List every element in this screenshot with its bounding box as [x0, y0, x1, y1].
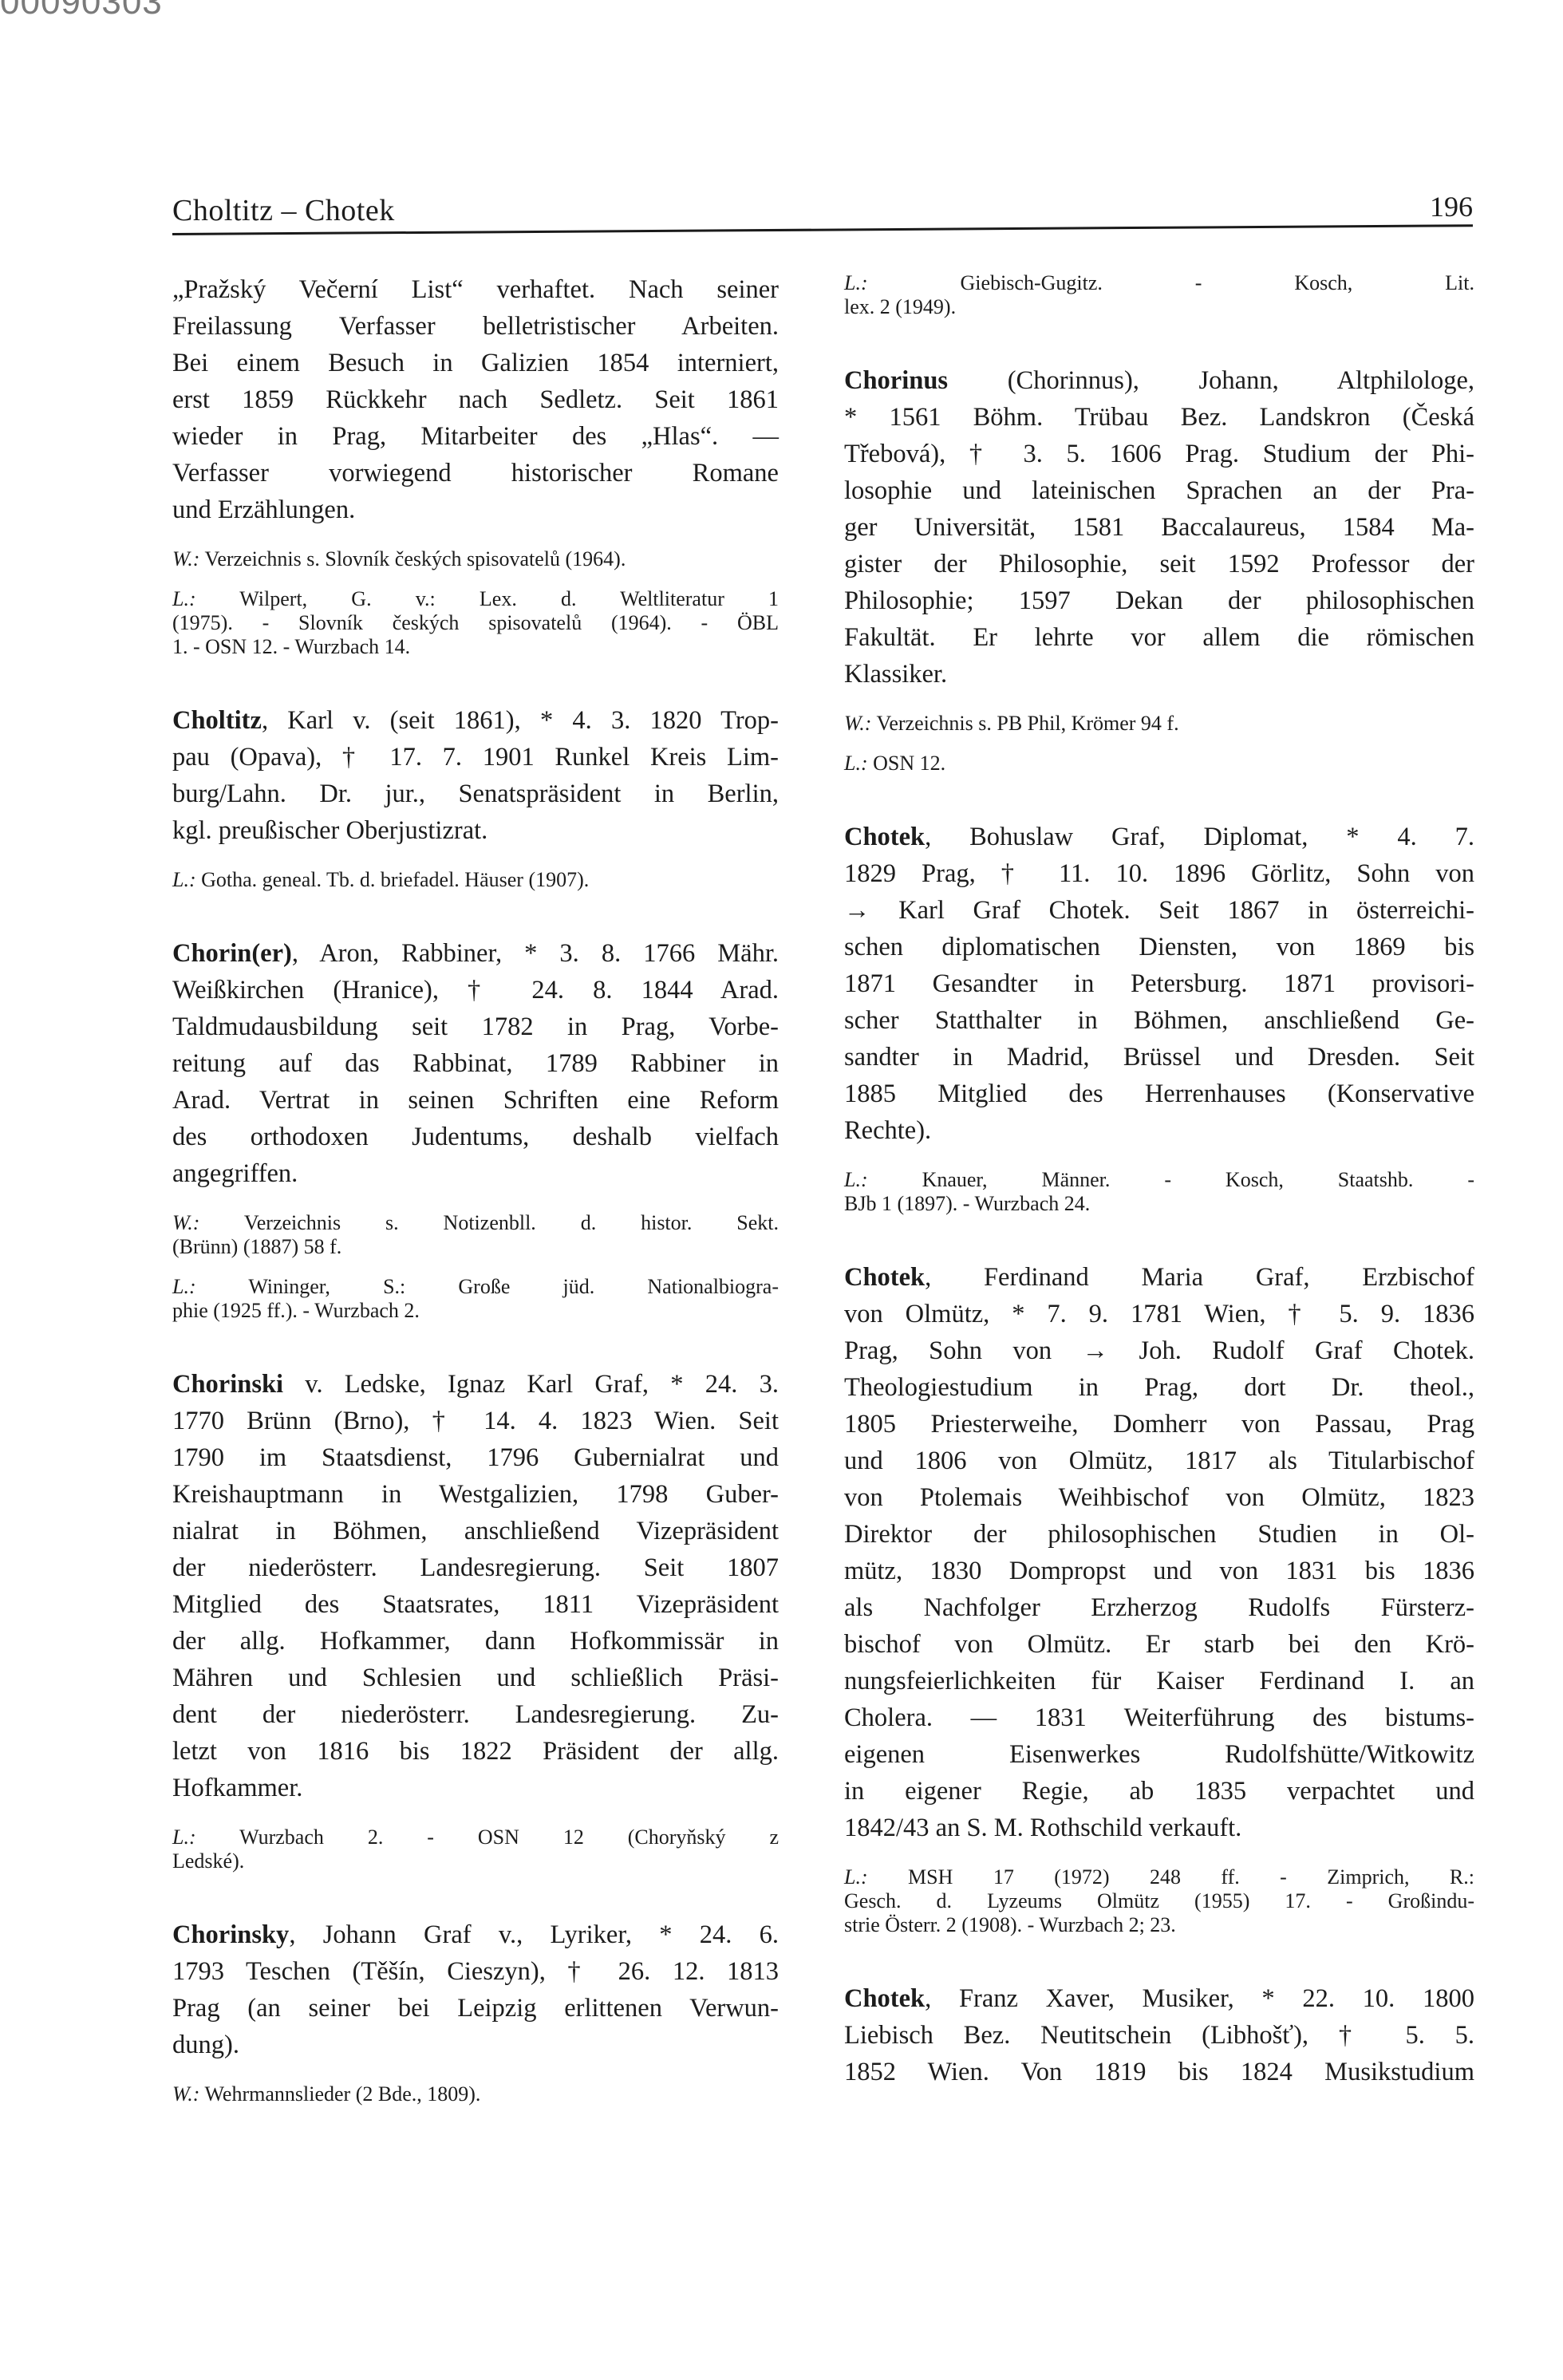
- literature-reference: L.: OSN 12.: [844, 752, 1474, 776]
- text-line: nialrat in Böhmen, anschließend Vizepräs…: [172, 1513, 779, 1549]
- text-line: Klassiker.: [844, 656, 1474, 693]
- lemma: Chotek: [844, 1984, 925, 2013]
- text-line: des orthodoxen Judentums, deshalb vielfa…: [172, 1119, 779, 1155]
- text-line: der niederösterr. Landesregierung. Seit …: [172, 1549, 779, 1586]
- entry-chorinsky: Chorinsky, Johann Graf v., Lyriker, * 24…: [172, 1916, 779, 2063]
- works-reference: W.: Verzeichnis s. PB Phil, Krömer 94 f.: [844, 712, 1474, 736]
- text-line: Theologiestudium in Prag, dort Dr. theol…: [844, 1369, 1474, 1406]
- ref-text: Giebisch-Gugitz. - Kosch, Lit.: [961, 271, 1474, 294]
- text-line: 1790 im Staatsdienst, 1796 Gubernialrat …: [172, 1439, 779, 1476]
- text-line: Rechte).: [844, 1112, 1474, 1149]
- works-reference: W.: Verzeichnis s. Notizenbll. d. histor…: [172, 1211, 779, 1259]
- text-line: wieder in Prag, Mitarbeiter des „Hlas“. …: [172, 418, 779, 455]
- text-line: in eigener Regie, ab 1835 verpachtet und: [844, 1773, 1474, 1810]
- lemma: Chotek: [844, 823, 925, 851]
- text-line: 1842/43 an S. M. Rothschild verkauft.: [844, 1810, 1474, 1846]
- text-line: pau (Opava), † 17. 7. 1901 Runkel Kreis …: [172, 739, 779, 776]
- entry-chorin-er: Chorin(er), Aron, Rabbiner, * 3. 8. 1766…: [172, 935, 779, 1192]
- text-line: Mitglied des Staatsrates, 1811 Vizepräsi…: [172, 1586, 779, 1623]
- right-column: L.: Giebisch-Gugitz. - Kosch, Lit. lex. …: [844, 271, 1474, 2110]
- text-line: Weißkirchen (Hranice), † 24. 8. 1844 Ara…: [172, 972, 779, 1008]
- literature-label: L.:: [844, 1865, 868, 1889]
- text-line: scher Statthalter in Böhmen, anschließen…: [844, 1002, 1474, 1039]
- literature-label: L.:: [844, 271, 868, 294]
- literature-reference: L.: Gotha. geneal. Tb. d. briefadel. Häu…: [172, 868, 779, 892]
- literature-reference: L.: Knauer, Männer. - Kosch, Staatshb. -…: [844, 1168, 1474, 1216]
- text-line: Mähren und Schlesien und schließlich Prä…: [172, 1660, 779, 1696]
- text-line: sandter in Madrid, Brüssel und Dresden. …: [844, 1039, 1474, 1076]
- text-line: * 1561 Böhm. Trübau Bez. Landskron (Česk…: [844, 399, 1474, 436]
- text-line: gister der Philosophie, seit 1592 Profes…: [844, 546, 1474, 582]
- literature-reference: L.: Wilpert, G. v.: Lex. d. Weltliteratu…: [172, 587, 779, 659]
- ref-text: Ledské).: [172, 1849, 779, 1873]
- text-line: „Pražský Večerní List“ verhaftet. Nach s…: [172, 271, 779, 308]
- entry-chotek-franz-xaver: Chotek, Franz Xaver, Musiker, * 22. 10. …: [844, 1980, 1474, 2090]
- entry-chotek-bohuslaw: Chotek, Bohuslaw Graf, Diplomat, * 4. 7.…: [844, 819, 1474, 1149]
- lemma: Chorinus: [844, 366, 948, 395]
- literature-label: L.:: [172, 1275, 196, 1298]
- text-line: erst 1859 Rückkehr nach Sedletz. Seit 18…: [172, 381, 779, 418]
- text-line: Direktor der philosophischen Studien in …: [844, 1516, 1474, 1553]
- literature-label: L.:: [172, 1825, 196, 1849]
- ref-text: lex. 2 (1949).: [844, 295, 1474, 319]
- literature-label: L.:: [844, 752, 868, 775]
- works-label: W.:: [172, 2082, 199, 2106]
- text-line: Cholera. — 1831 Weiterführung des bistum…: [844, 1699, 1474, 1736]
- entry-chorinski: Chorinski v. Ledske, Ignaz Karl Graf, * …: [172, 1366, 779, 1806]
- entry-choltitz: Choltitz, Karl v. (seit 1861), * 4. 3. 1…: [172, 702, 779, 849]
- text-line: bischof von Olmütz. Er starb bei den Krö…: [844, 1626, 1474, 1663]
- literature-reference: L.: MSH 17 (1972) 248 ff. - Zimprich, R.…: [844, 1865, 1474, 1937]
- ref-text: Knauer, Männer. - Kosch, Staatshb. -: [922, 1168, 1474, 1191]
- text-line: Liebisch Bez. Neutitschein (Libhošť), † …: [844, 2017, 1474, 2054]
- ref-text: phie (1925 ff.). - Wurzbach 2.: [172, 1299, 779, 1323]
- text-line: ger Universität, 1581 Baccalaureus, 1584…: [844, 509, 1474, 546]
- text-line: letzt von 1816 bis 1822 Präsident der al…: [172, 1733, 779, 1770]
- text-line: 1805 Priesterweihe, Domherr von Passau, …: [844, 1406, 1474, 1443]
- running-title: Choltitz – Chotek: [172, 193, 395, 228]
- literature-label: L.:: [844, 1168, 868, 1191]
- text-line: angegriffen.: [172, 1155, 779, 1192]
- ref-text: Wilpert, G. v.: Lex. d. Weltliteratur 1: [239, 587, 779, 610]
- text-line: Kreishauptmann in Westgalizien, 1798 Gub…: [172, 1476, 779, 1513]
- text-line: 1770 Brünn (Brno), † 14. 4. 1823 Wien. S…: [172, 1403, 779, 1439]
- text-line: dent der niederösterr. Landesregierung. …: [172, 1696, 779, 1733]
- text-line: 1852 Wien. Von 1819 bis 1824 Musikstudiu…: [844, 2054, 1474, 2090]
- works-reference: W.: Verzeichnis s. Slovník českých spiso…: [172, 547, 779, 571]
- text-line: Arad. Vertrat in seinen Schriften eine R…: [172, 1082, 779, 1119]
- ref-text: MSH 17 (1972) 248 ff. - Zimprich, R.:: [908, 1865, 1474, 1889]
- literature-reference: L.: Wininger, S.: Große jüd. Nationalbio…: [172, 1275, 779, 1323]
- ref-text: Verzeichnis s. PB Phil, Krömer 94 f.: [876, 712, 1178, 735]
- ref-text: OSN 12.: [873, 752, 945, 775]
- text-line: von Olmütz, * 7. 9. 1781 Wien, † 5. 9. 1…: [844, 1296, 1474, 1332]
- text-line: Bei einem Besuch in Galizien 1854 intern…: [172, 345, 779, 381]
- ref-text: (Brünn) (1887) 58 f.: [172, 1235, 779, 1259]
- text-line: Prag (an seiner bei Leipzig erlittenen V…: [172, 1990, 779, 2027]
- text-line: Hofkammer.: [172, 1770, 779, 1806]
- ref-text: Verzeichnis s. Notizenbll. d. histor. Se…: [244, 1211, 779, 1234]
- text-line: Taldmudausbildung seit 1782 in Prag, Vor…: [172, 1008, 779, 1045]
- works-reference: W.: Wehrmannslieder (2 Bde., 1809).: [172, 2082, 779, 2106]
- lemma: Chotek: [844, 1263, 925, 1292]
- lemma: Chorinsky: [172, 1920, 289, 1949]
- text-line: kgl. preußischer Oberjustizrat.: [172, 812, 779, 849]
- text-line: → Karl Graf Chotek. Seit 1867 in österre…: [844, 892, 1474, 929]
- text-line: 1829 Prag, † 11. 10. 1896 Görlitz, Sohn …: [844, 855, 1474, 892]
- ref-text: (1975). - Slovník českých spisovatelů (1…: [172, 611, 779, 635]
- text-line: 1793 Teschen (Těšín, Cieszyn), † 26. 12.…: [172, 1953, 779, 1990]
- text-line: mütz, 1830 Dompropst und von 1831 bis 18…: [844, 1553, 1474, 1589]
- literature-label: L.:: [172, 868, 196, 891]
- text-line: dung).: [172, 2027, 779, 2063]
- text-line: eigenen Eisenwerkes Rudolfshütte/Witkowi…: [844, 1736, 1474, 1773]
- ref-text: BJb 1 (1897). - Wurzbach 24.: [844, 1192, 1474, 1216]
- text-line: Prag, Sohn von → Joh. Rudolf Graf Chotek…: [844, 1332, 1474, 1369]
- text-line: 1885 Mitglied des Herrenhauses (Konserva…: [844, 1076, 1474, 1112]
- works-label: W.:: [844, 712, 871, 735]
- text-line: nungsfeierlichkeiten für Kaiser Ferdinan…: [844, 1663, 1474, 1699]
- text-line: und Erzählungen.: [172, 491, 779, 528]
- ref-text: 1. - OSN 12. - Wurzbach 14.: [172, 635, 779, 659]
- entry-chotek-ferdinand: Chotek, Ferdinand Maria Graf, Erzbischof…: [844, 1259, 1474, 1846]
- text-line: Fakultät. Er lehrte vor allem die römisc…: [844, 619, 1474, 656]
- scan-id-label: 00090303: [0, 0, 163, 22]
- text-line: Třebová), † 3. 5. 1606 Prag. Studium der…: [844, 436, 1474, 472]
- text-line: burg/Lahn. Dr. jur., Senatspräsident in …: [172, 776, 779, 812]
- ref-text: Verzeichnis s. Slovník českých spisovate…: [204, 547, 626, 570]
- lemma: Chorin(er): [172, 939, 292, 968]
- page-number: 196: [1430, 190, 1473, 223]
- text-line: losophie und lateinischen Sprachen an de…: [844, 472, 1474, 509]
- text-line: Verfasser vorwiegend historischer Romane: [172, 455, 779, 491]
- ref-text: Gotha. geneal. Tb. d. briefadel. Häuser …: [201, 868, 589, 891]
- literature-reference: L.: Wurzbach 2. - OSN 12 (Choryňský z Le…: [172, 1825, 779, 1873]
- literature-reference: L.: Giebisch-Gugitz. - Kosch, Lit. lex. …: [844, 271, 1474, 319]
- works-label: W.:: [172, 547, 199, 570]
- left-column: „Pražský Večerní List“ verhaftet. Nach s…: [172, 271, 779, 2122]
- literature-label: L.:: [172, 587, 196, 610]
- lemma: Choltitz: [172, 706, 262, 735]
- text-line: reitung auf das Rabbinat, 1789 Rabbiner …: [172, 1045, 779, 1082]
- ref-text: Wurzbach 2. - OSN 12 (Choryňský z: [239, 1825, 779, 1849]
- ref-text: Gesch. d. Lyzeums Olmütz (1955) 17. - Gr…: [844, 1889, 1474, 1913]
- entry-chorinus: Chorinus (Chorinnus), Johann, Altphilolo…: [844, 362, 1474, 693]
- works-label: W.:: [172, 1211, 199, 1234]
- entry-continuation: „Pražský Večerní List“ verhaftet. Nach s…: [172, 271, 779, 528]
- text-line: von Ptolemais Weihbischof von Olmütz, 18…: [844, 1479, 1474, 1516]
- ref-text: Wehrmannslieder (2 Bde., 1809).: [204, 2082, 480, 2106]
- text-line: schen diplomatischen Diensten, von 1869 …: [844, 929, 1474, 965]
- text-line: der allg. Hofkammer, dann Hofkommissär i…: [172, 1623, 779, 1660]
- ref-text: strie Österr. 2 (1908). - Wurzbach 2; 23…: [844, 1913, 1474, 1937]
- lemma: Chorinski: [172, 1370, 283, 1399]
- text-line: Philosophie; 1597 Dekan der philosophisc…: [844, 582, 1474, 619]
- text-line: Freilassung Verfasser belletristischer A…: [172, 308, 779, 345]
- text-line: 1871 Gesandter in Petersburg. 1871 provi…: [844, 965, 1474, 1002]
- ref-text: Wininger, S.: Große jüd. Nationalbiogra-: [248, 1275, 779, 1298]
- text-line: und 1806 von Olmütz, 1817 als Titularbis…: [844, 1443, 1474, 1479]
- text-line: als Nachfolger Erzherzog Rudolfs Fürster…: [844, 1589, 1474, 1626]
